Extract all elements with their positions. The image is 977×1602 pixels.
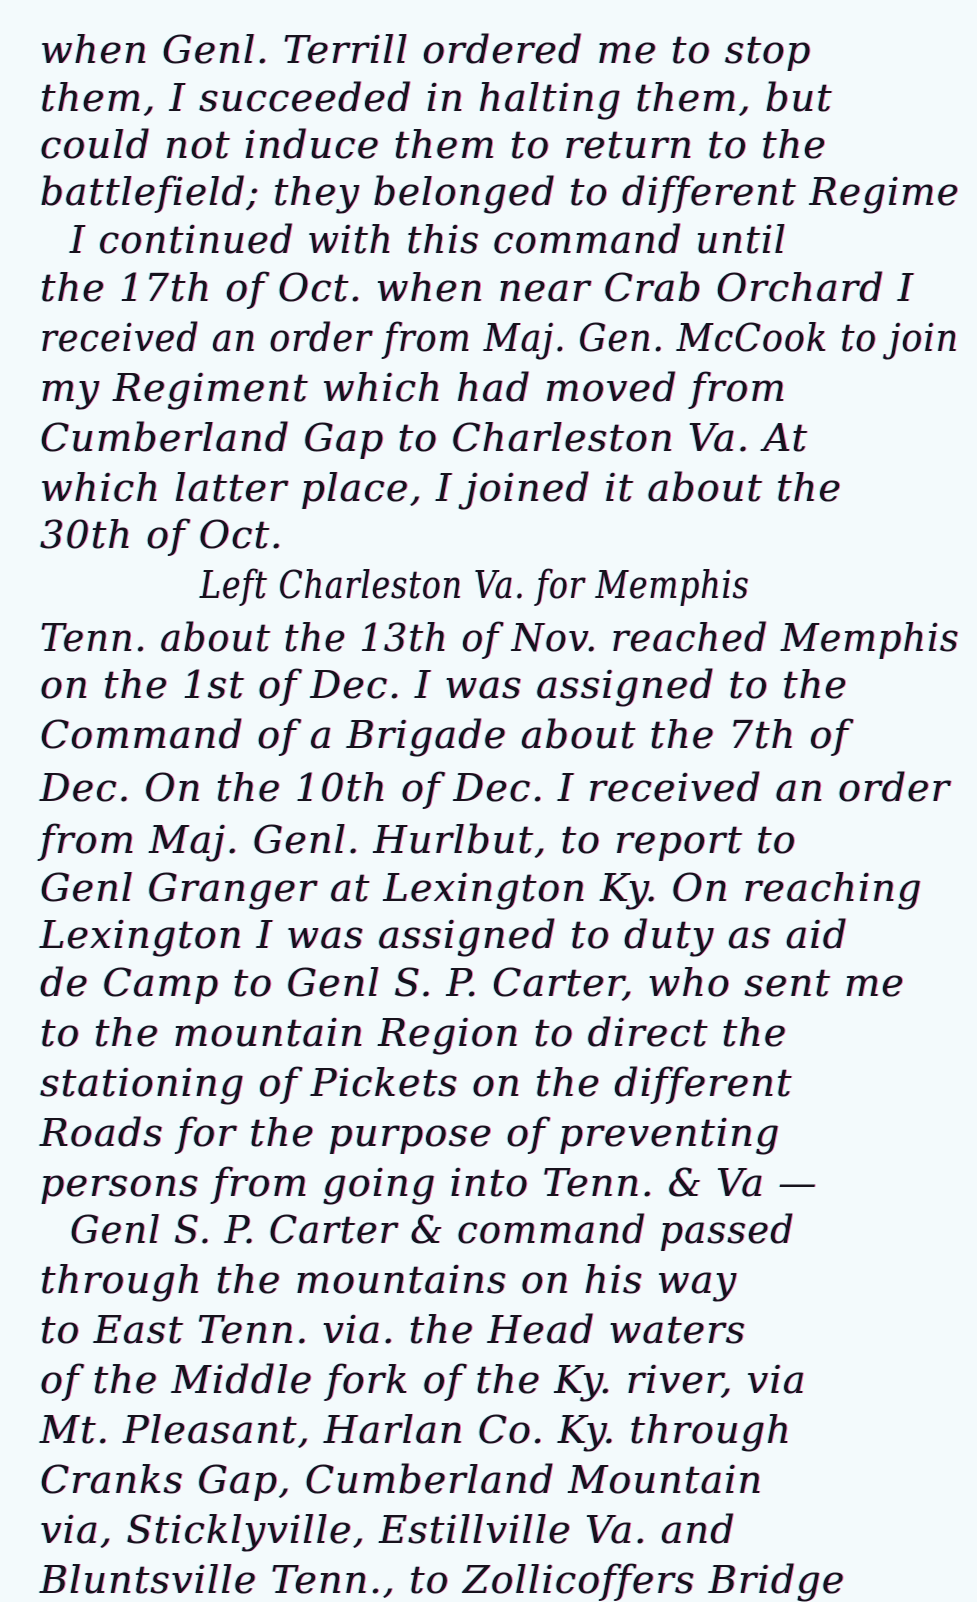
manuscript-line: Dec. On the 10th of Dec. I received an o… bbox=[40, 758, 960, 818]
manuscript-line: Bluntsville Tenn., to Zollicoffers Bridg… bbox=[40, 1550, 960, 1602]
manuscript-page: when Genl. Terrill ordered me to stop th… bbox=[0, 0, 977, 1602]
manuscript-line: Left Charleston Va. for Memphis bbox=[200, 555, 960, 615]
manuscript-line: Command of a Brigade about the 7th of bbox=[40, 705, 960, 765]
